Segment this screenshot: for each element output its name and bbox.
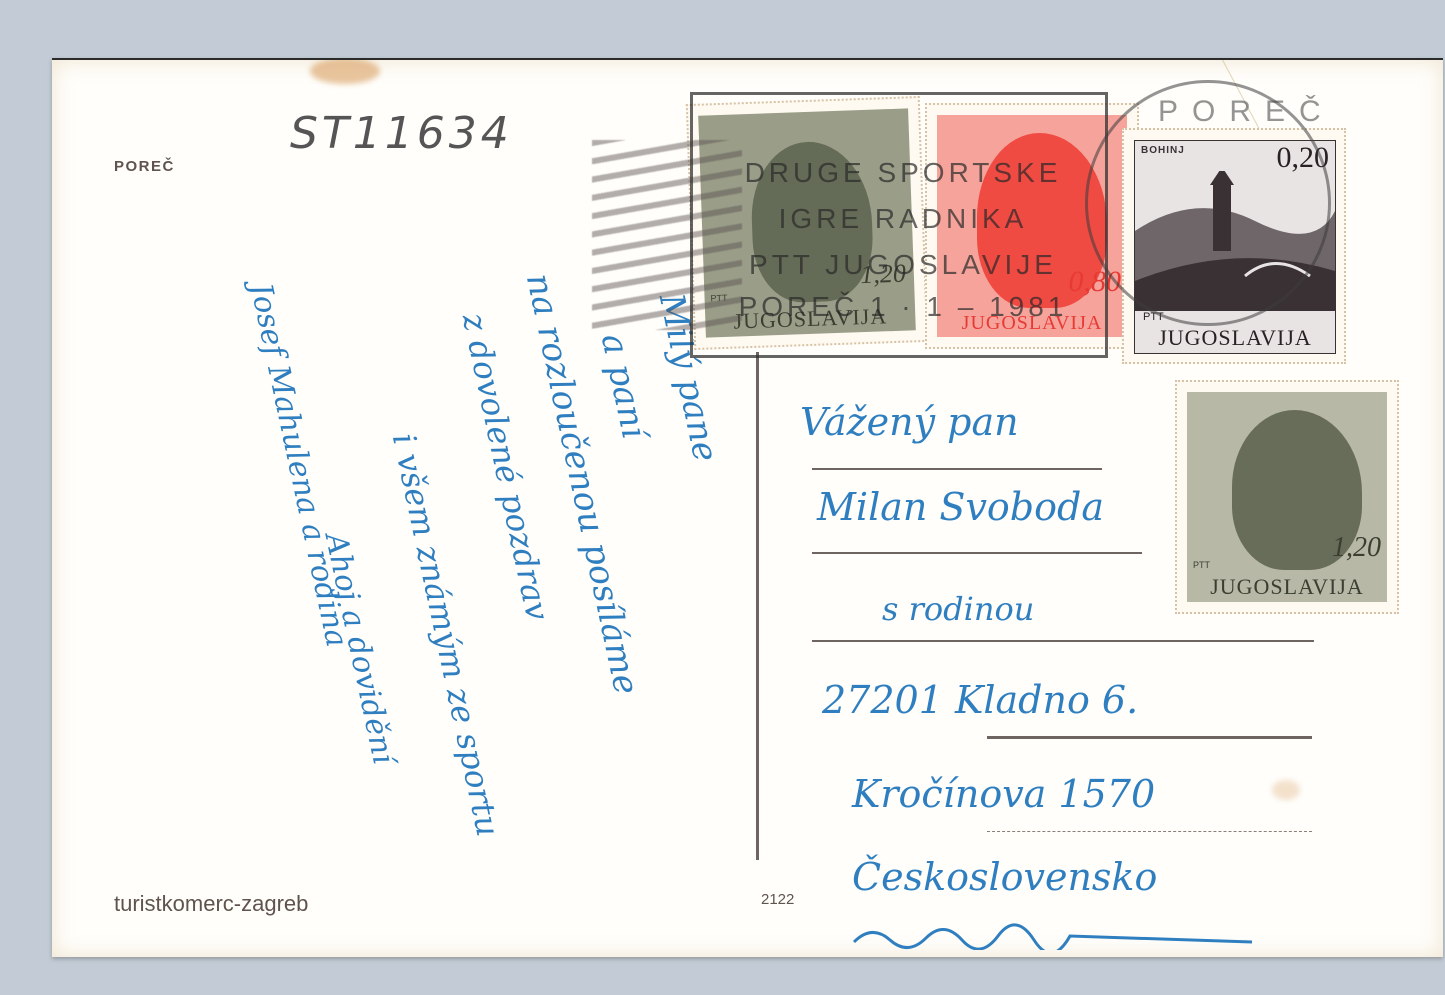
center-divider [756,352,759,860]
message-line: i všem známým ze sportu [385,430,508,840]
postmark-line: DRUGE SPORTSKE [703,157,1103,189]
round-postmark: POREČ [1085,80,1331,326]
postmark-line: POREČ 1 · 1 – 1981 [703,291,1103,323]
stamp-ptt-label: PTT [1193,560,1210,570]
underline-squiggle [852,920,1272,950]
publisher-label: turistkomerc-zagreb [114,891,308,917]
slogan-postmark: DRUGE SPORTSKE IGRE RADNIKA PTT JUGOSLAV… [690,92,1108,358]
address-street: Kročínova 1570 [852,772,1155,816]
stamp-country: JUGOSLAVIJA [1135,325,1335,351]
message-line: a paní [593,330,654,442]
address-country: Československo [852,855,1157,899]
inventory-number: ST11634 [290,108,513,159]
address-salutation: Vážený pan [800,400,1019,444]
address-line-1 [812,468,1102,470]
address-line-4 [987,736,1312,739]
address-line-5 [987,831,1312,832]
address-name: Milan Svoboda [817,485,1104,529]
stamp-denomination: 1,20 [1332,532,1381,564]
stain [310,58,380,84]
stain [1272,780,1300,800]
card-number: 2122 [761,891,794,908]
postmark-line: IGRE RADNIKA [703,203,1103,235]
address-line-2 [812,552,1142,554]
message-line: Josef Mahulena a rodina [243,280,354,650]
address-city: 27201 Kladno 6. [822,678,1138,722]
postmark-line: PTT JUGOSLAVIJE [703,249,1103,281]
card-title: POREČ [114,158,175,175]
round-postmark-text: POREČ [1158,95,1335,129]
stamp-4: PTT 1,20 JUGOSLAVIJA [1175,380,1399,614]
address-line-3 [812,640,1314,642]
stamp-country: JUGOSLAVIJA [1187,574,1387,600]
address-family: s rodinou [882,590,1034,628]
